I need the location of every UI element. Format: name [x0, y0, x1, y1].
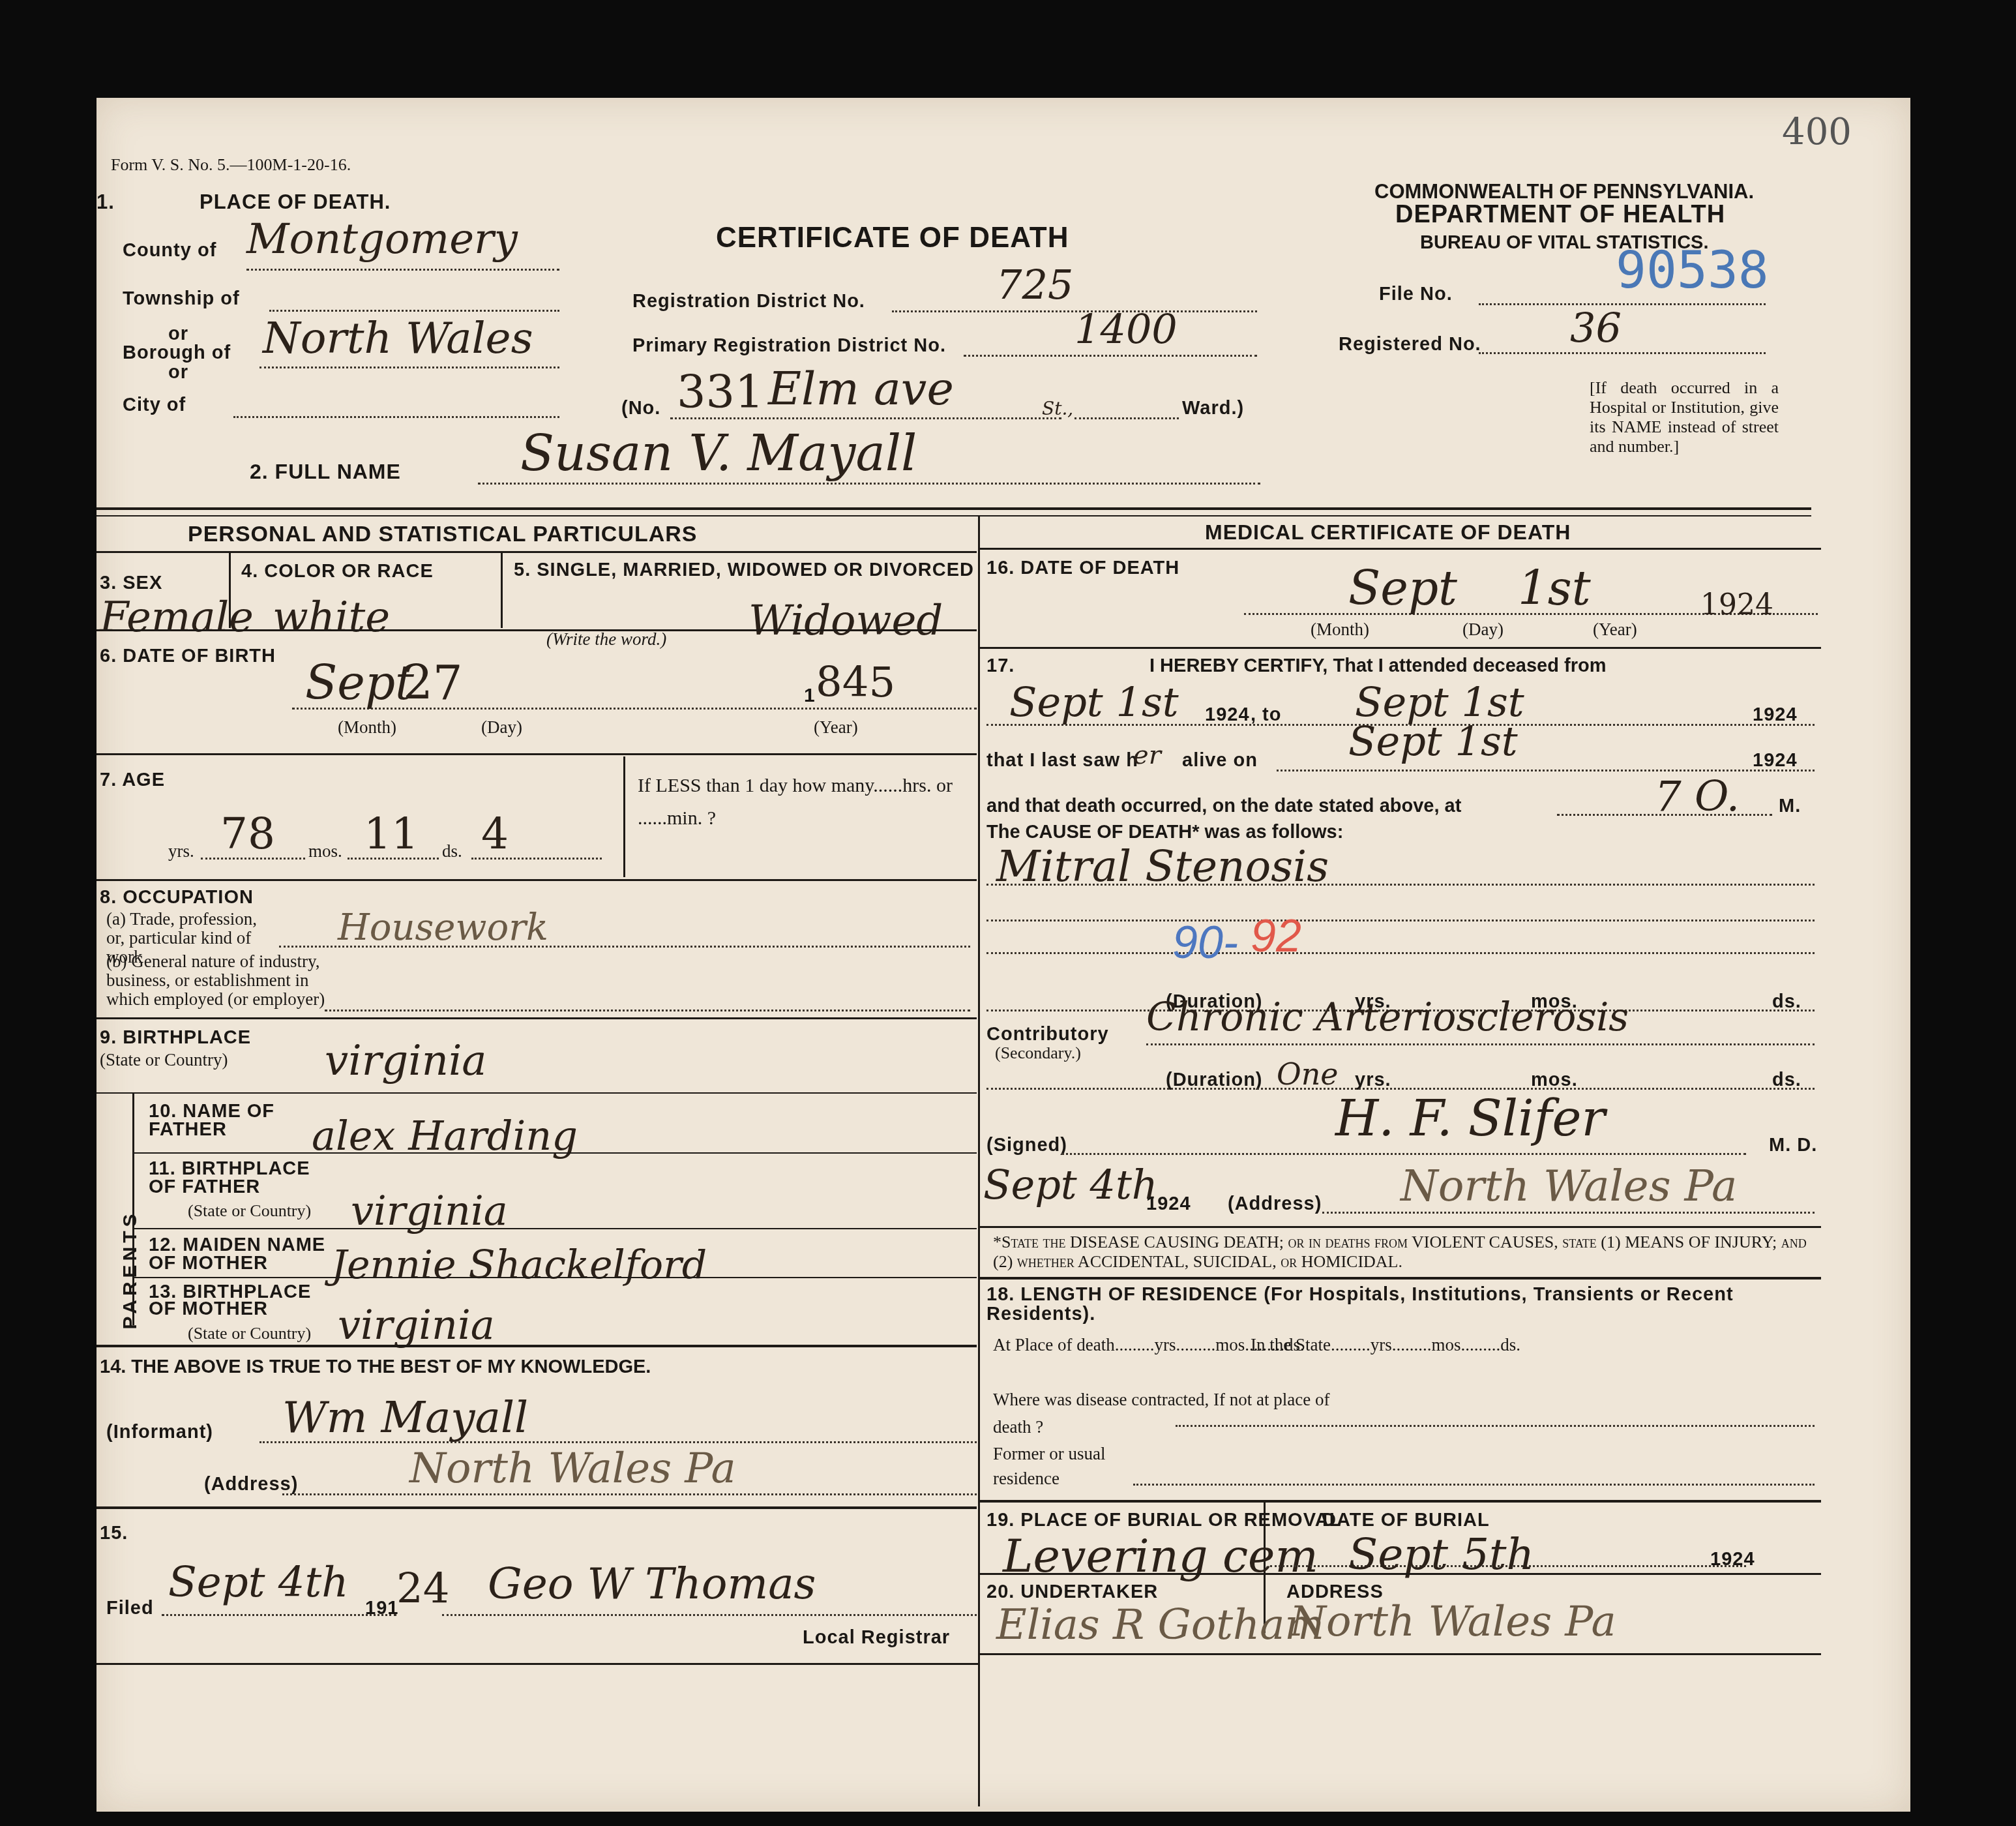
dob-year-value: 845: [816, 659, 895, 707]
divider: [134, 1277, 977, 1278]
certify-text: I HEREBY CERTIFY, That I attended deceas…: [1149, 655, 1606, 677]
physician-address-label: (Address): [1228, 1193, 1322, 1215]
md-label: M. D.: [1769, 1135, 1817, 1156]
divider: [134, 1152, 977, 1154]
primary-district-label: Primary Registration District No.: [632, 335, 946, 357]
divider: [96, 1092, 977, 1094]
county-field[interactable]: [246, 269, 559, 271]
death-occurred-label: and that death occurred, on the date sta…: [986, 796, 1461, 817]
signed-year-value: 1924: [1146, 1193, 1191, 1215]
township-field[interactable]: [269, 310, 559, 312]
dob-day-value: 27: [403, 655, 463, 710]
residence-label: 18. LENGTH OF RESIDENCE (For Hospitals, …: [986, 1285, 1815, 1324]
mother-birthplace-sublabel: (State or Country): [188, 1324, 311, 1343]
cause-line-1[interactable]: [986, 884, 1815, 886]
disease-contracted-label: Where was disease contracted, If not at …: [993, 1386, 1358, 1441]
occupation-a-value: Housework: [338, 906, 548, 949]
street-suffix-label: St.,: [1042, 398, 1073, 419]
borough-field[interactable]: [259, 367, 559, 368]
registrar-signature: Geo W Thomas: [488, 1559, 816, 1609]
age-days-value: 4: [481, 809, 509, 859]
dod-day-value: 1st: [1518, 561, 1591, 616]
physician-signature: H. F. Slifer: [1335, 1089, 1605, 1147]
burial-place-label: 19. PLACE OF BURIAL OR REMOVAL: [986, 1510, 1342, 1531]
mother-name-value: Jennie Shackelford: [331, 1242, 707, 1288]
personal-heading: PERSONAL AND STATISTICAL PARTICULARS: [188, 522, 698, 547]
informant-label: (Informant): [106, 1422, 213, 1443]
ward-label: Ward.): [1182, 398, 1244, 419]
city-field[interactable]: [233, 416, 559, 418]
cause-of-death-label: The CAUSE OF DEATH* was as follows:: [986, 822, 1343, 843]
less-than-day-text: If LESS than 1 day how many......hrs. or…: [638, 770, 964, 835]
filed-date-field[interactable]: [162, 1614, 396, 1616]
contributory-label: Contributory: [986, 1024, 1109, 1045]
race-value: white: [273, 593, 390, 642]
date-of-birth-label: 6. DATE OF BIRTH: [100, 646, 276, 667]
dod-year-value: 1924: [1700, 588, 1773, 621]
registration-district-label: Registration District No.: [632, 291, 865, 312]
dod-month-caption: (Month): [1311, 620, 1369, 640]
borough-label: Borough of: [123, 342, 231, 364]
race-label: 4. COLOR OR RACE: [241, 561, 434, 582]
signed-date-value: Sept 4th: [983, 1161, 1158, 1208]
ward-field[interactable]: [1075, 417, 1179, 419]
undertaker-value: Elias R Gotham: [996, 1601, 1324, 1649]
signature-field[interactable]: [1061, 1153, 1746, 1155]
contributory-value: Chronic Arteriosclerosis: [1146, 995, 1629, 1040]
registrar-field[interactable]: [442, 1614, 977, 1616]
age-days-label: ds.: [442, 841, 462, 861]
birthplace-label: 9. BIRTHPLACE: [100, 1027, 251, 1049]
file-number-label: File No.: [1379, 284, 1453, 305]
sex-label: 3. SEX: [100, 573, 162, 594]
medical-heading: MEDICAL CERTIFICATE OF DEATH: [1205, 520, 1571, 545]
file-number-field[interactable]: [1479, 303, 1766, 305]
informant-address-field[interactable]: [282, 1493, 977, 1495]
father-name-label: 10. NAME OF FATHER: [149, 1102, 318, 1139]
disease-contracted-field[interactable]: [1176, 1425, 1815, 1427]
cause-line-3[interactable]: [986, 952, 1815, 954]
physician-address-value: North Wales Pa: [1401, 1161, 1737, 1211]
dod-day-caption: (Day): [1462, 620, 1504, 640]
age-label: 7. AGE: [100, 770, 165, 791]
street-number-value: 331: [677, 365, 764, 419]
father-birthplace-label: 11. BIRTHPLACE OF FATHER: [149, 1160, 331, 1196]
hospital-note: [If death occurred in a Hospital or Inst…: [1590, 378, 1779, 456]
dod-month-value: Sept: [1348, 561, 1457, 616]
certify-number: 17.: [986, 655, 1015, 677]
former-residence-field[interactable]: [1133, 1484, 1815, 1486]
divider: [96, 629, 977, 631]
or-text-2: or: [168, 362, 188, 383]
signed-label: (Signed): [986, 1135, 1067, 1156]
father-birthplace-sublabel: (State or Country): [188, 1201, 311, 1221]
divider: [980, 1573, 1821, 1575]
full-name-label: 2. FULL NAME: [250, 460, 401, 484]
classification-code-blue: 90-: [1172, 916, 1238, 968]
primary-district-value: 1400: [1075, 305, 1178, 353]
place-of-death-heading: PLACE OF DEATH.: [200, 190, 391, 214]
last-saw-label: that I last saw h: [986, 750, 1138, 771]
full-name-value: Susan V. Mayall: [520, 424, 917, 482]
divider: [623, 756, 625, 877]
attended-to-year: 1924: [1753, 704, 1798, 726]
divider: [96, 1345, 977, 1347]
divider: [980, 647, 1821, 649]
divider: [501, 553, 503, 628]
marital-value: Widowed: [749, 597, 943, 645]
divider: [980, 1653, 1821, 1655]
filed-year-prefix: 191: [365, 1598, 398, 1619]
contributory-field[interactable]: [1146, 1043, 1815, 1045]
borough-value: North Wales: [263, 313, 533, 363]
alive-on-year: 1924: [1753, 750, 1798, 771]
corner-annotation: 400: [1782, 111, 1852, 153]
cause-footnote: *State the DISEASE CAUSING DEATH; or in …: [993, 1233, 1815, 1272]
occupation-b-label: (b) General nature of industry, business…: [106, 952, 328, 1009]
place-section-number: 1.: [96, 190, 115, 214]
street-number-label: (No.: [621, 398, 660, 419]
attended-from-year: 1924: [1205, 704, 1250, 726]
mother-birthplace-value: virginia: [338, 1301, 495, 1349]
informant-address-value: North Wales Pa: [409, 1444, 736, 1493]
filed-label: Filed: [106, 1598, 154, 1619]
year-caption: (Year): [814, 717, 858, 738]
death-time-value: 7 O.: [1655, 773, 1740, 821]
registered-number-label: Registered No.: [1339, 334, 1481, 355]
day-caption: (Day): [481, 717, 522, 738]
informant-address-label: (Address): [204, 1474, 298, 1495]
alive-on-label: alive on: [1182, 750, 1258, 771]
marital-label: 5. SINGLE, MARRIED, WIDOWED OR DIVORCED: [514, 561, 983, 579]
burial-date-label: DATE OF BURIAL: [1322, 1510, 1490, 1531]
registered-number-field[interactable]: [1479, 352, 1766, 354]
registration-district-value: 725: [996, 261, 1073, 308]
dob-year-prefix: 1: [804, 685, 816, 707]
birthplace-value: virginia: [325, 1037, 487, 1085]
mother-birthplace-label: 13. BIRTHPLACE OF MOTHER: [149, 1283, 344, 1317]
certificate-title: CERTIFICATE OF DEATH: [716, 222, 1069, 254]
last-saw-pronoun: er: [1133, 740, 1161, 770]
department-heading: DEPARTMENT OF HEALTH: [1395, 201, 1725, 229]
physician-address-field[interactable]: [1322, 1212, 1815, 1214]
divider: [96, 507, 1811, 510]
divider: [96, 1663, 980, 1665]
divider: [134, 1228, 977, 1229]
divider: [96, 1017, 977, 1019]
primary-district-field[interactable]: [964, 355, 1257, 357]
dob-month-value: Sept: [305, 655, 414, 710]
contributory-sublabel: (Secondary.): [995, 1043, 1081, 1063]
age-months-label: mos.: [308, 841, 342, 861]
divider: [96, 515, 1811, 516]
city-label: City of: [123, 395, 186, 416]
classification-code-red: 92: [1251, 910, 1301, 962]
month-caption: (Month): [338, 717, 396, 738]
true-statement: 14. THE ABOVE IS TRUE TO THE BEST OF MY …: [100, 1356, 651, 1378]
divider: [96, 753, 977, 755]
alive-on-field[interactable]: [1277, 770, 1815, 771]
burial-year-value: 1924: [1710, 1549, 1755, 1570]
file-stamp: 90538: [1616, 241, 1769, 300]
sex-value: Female: [100, 593, 254, 642]
filed-date-value: Sept 4th: [168, 1559, 348, 1607]
alive-on-value: Sept 1st: [1348, 717, 1518, 765]
informant-value: Wm Mayall: [282, 1392, 528, 1443]
date-of-death-label: 16. DATE OF DEATH: [986, 558, 1179, 579]
age-years-label: yrs.: [168, 841, 194, 861]
certificate-paper: Form V. S. No. 5.—100M-1-20-16. 400 1. P…: [96, 98, 1910, 1812]
age-months-value: 11: [364, 809, 419, 859]
full-name-field[interactable]: [478, 483, 1260, 485]
divider: [980, 1277, 1821, 1280]
street-name-value: Elm ave: [768, 362, 954, 415]
dod-year-caption: (Year): [1593, 620, 1637, 640]
registered-number-value: 36: [1570, 304, 1622, 352]
meridiem-label: M.: [1779, 796, 1801, 817]
filed-section-number: 15.: [100, 1523, 128, 1544]
age-years-value: 78: [220, 809, 275, 859]
attended-from-value: Sept 1st: [1009, 678, 1179, 726]
burial-date-value: Sept 5th: [1348, 1529, 1534, 1579]
form-number: Form V. S. No. 5.—100M-1-20-16.: [111, 155, 351, 175]
column-divider: [978, 515, 980, 1806]
township-label: Township of: [123, 288, 240, 310]
undertaker-label: 20. UNDERTAKER: [986, 1581, 1158, 1603]
divider: [96, 879, 977, 881]
filed-year-value: 24: [396, 1565, 449, 1613]
divider: [980, 1226, 1821, 1228]
to-label: , to: [1251, 704, 1282, 726]
commonwealth-heading: COMMONWEALTH OF PENNSYLVANIA.: [1374, 180, 1754, 203]
birthplace-sublabel: (State or Country): [100, 1050, 228, 1070]
divider: [980, 548, 1821, 550]
undertaker-address-value: North Wales Pa: [1290, 1598, 1616, 1646]
divider: [96, 1506, 977, 1509]
cause-line-2[interactable]: [986, 920, 1815, 921]
county-value: Montgomery: [246, 215, 518, 263]
county-label: County of: [123, 240, 216, 262]
registrar-label: Local Registrar: [803, 1627, 950, 1649]
occupation-label: 8. OCCUPATION: [100, 887, 254, 908]
occupation-b-field[interactable]: [325, 1010, 970, 1011]
contrib-duration-value: One: [1277, 1056, 1339, 1092]
divider: [980, 1500, 1821, 1503]
residence-in-state: In the State.........yrs.........mos....…: [1251, 1334, 1616, 1356]
mother-name-label: 12. MAIDEN NAME OF MOTHER: [149, 1236, 344, 1272]
marital-hint: (Write the word.): [546, 629, 666, 650]
